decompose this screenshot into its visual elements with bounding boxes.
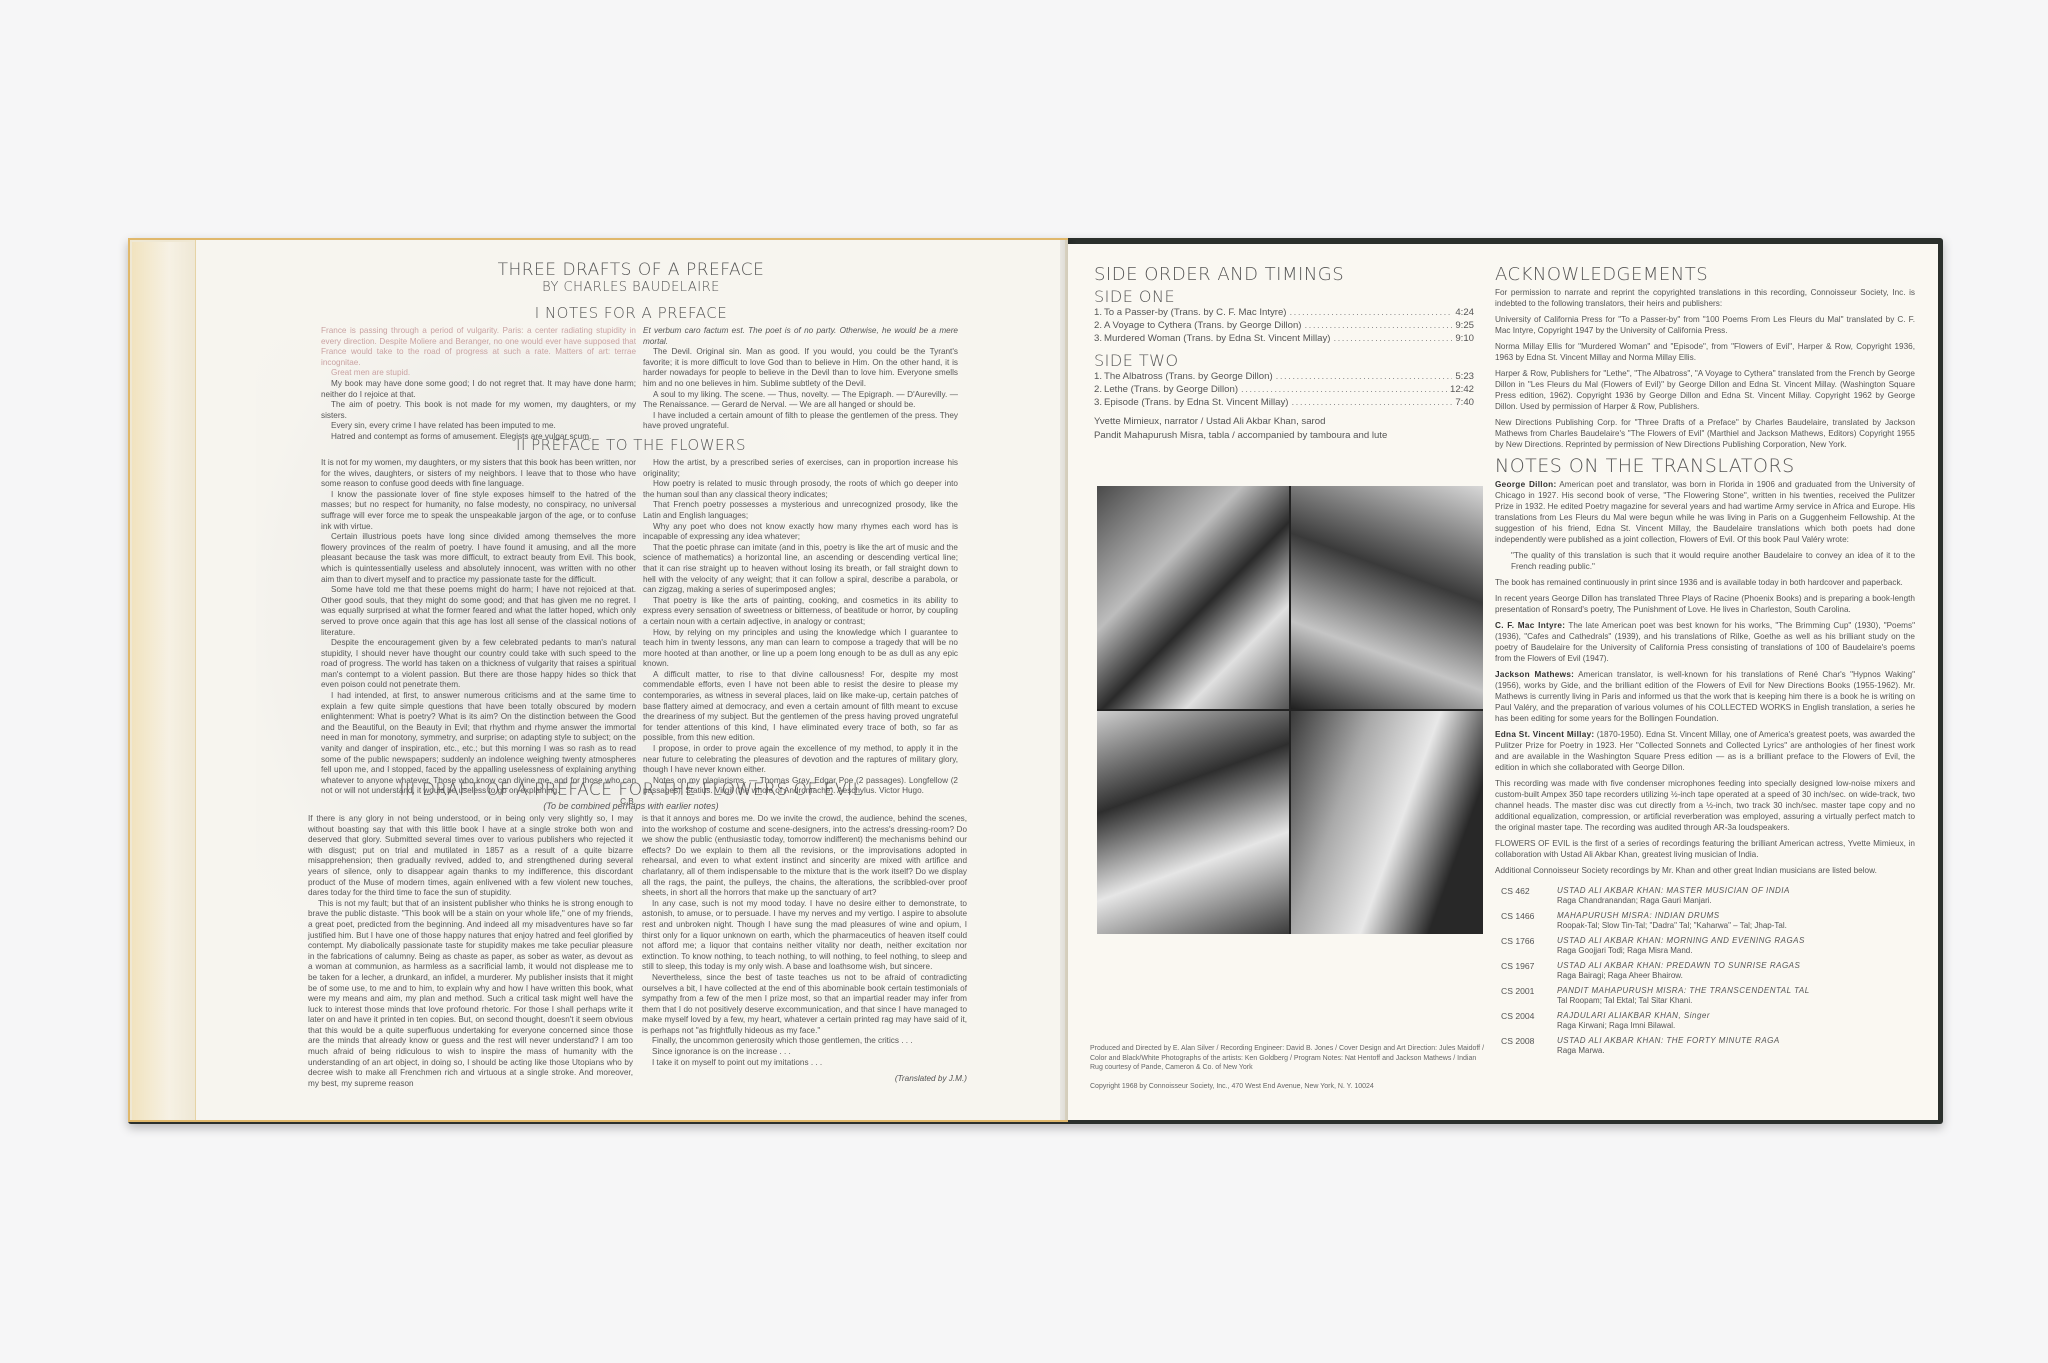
paragraph: This recording was made with five conden… [1495, 778, 1915, 833]
photo-panel [1291, 486, 1483, 709]
paragraph: Since ignorance is on the increase . . . [642, 1047, 967, 1058]
paragraph: I know the passionate lover of fine styl… [321, 490, 636, 532]
track-row: 2.Lethe (Trans. by George Dillon)12:42 [1094, 383, 1474, 396]
side-one-label: Side One [1094, 287, 1474, 306]
left-page: Three Drafts of a Preface By Charles Bau… [195, 240, 1065, 1120]
acknowledgements-heading: Acknowledgements [1495, 264, 1915, 285]
paragraph: FLOWERS OF EVIL is the first of a series… [1495, 838, 1915, 860]
paragraph: Certain illustrious poets have long sinc… [321, 532, 636, 585]
recording-item: CS 2001PANDIT MAHAPURUSH MISRA: THE TRAN… [1501, 986, 1915, 1006]
paragraph: I take it on myself to point out my imit… [642, 1058, 967, 1069]
recording-item: CS 1967USTAD ALI AKBAR KHAN: PREDAWN TO … [1501, 961, 1915, 981]
side-two-label: Side Two [1094, 351, 1474, 370]
paragraph: The Devil. Original sin. Man as good. If… [643, 347, 958, 389]
production-credits: Produced and Directed by E. Alan Silver … [1090, 1044, 1490, 1073]
side-order-heading: Side Order and Timings [1094, 264, 1474, 285]
paragraph: is that it annoys and bores me. Do we in… [642, 814, 967, 899]
paragraph: Great men are stupid. [321, 368, 636, 379]
paragraph: I propose, in order to prove again the e… [643, 744, 958, 776]
performers-photo-collage [1097, 486, 1483, 934]
paragraph: Nevertheless, since the best of taste te… [642, 973, 967, 1037]
section-1-col-1: France is passing through a period of vu… [321, 326, 636, 443]
paragraph: My book may have done some good; I do no… [321, 379, 636, 400]
translator-entry: George Dillon: American poet and transla… [1495, 479, 1915, 545]
page-title: Three Drafts of a Preface [196, 260, 1065, 280]
paragraph: How the artist, by a prescribed series o… [643, 458, 958, 479]
paragraph: A soul to my liking. The scene. — Thus, … [643, 390, 958, 411]
paragraph: A difficult matter, to rise to that divi… [643, 670, 958, 744]
photo-panel [1097, 486, 1289, 709]
section-1-heading: I Notes for a Preface [196, 304, 1065, 322]
paragraph: France is passing through a period of vu… [321, 326, 636, 368]
track-row: 1.To a Passer-by (Trans. by C. F. Mac In… [1094, 306, 1474, 319]
performer-line: Yvette Mimieux, narrator / Ustad Ali Akb… [1094, 415, 1474, 429]
quote: "The quality of this translation is such… [1495, 550, 1915, 572]
photo-panel [1097, 711, 1289, 934]
section-3-subheading: (To be combined perhaps with earlier not… [196, 801, 1065, 811]
paragraph: Harper & Row, Publishers for "Lethe", "T… [1495, 368, 1915, 412]
paragraph: The aim of poetry. This book is not made… [321, 400, 636, 421]
paragraph: Why any poet who does not know exactly h… [643, 522, 958, 543]
recording-item: CS 2004RAJDULARI ALIAKBAR KHAN, SingerRa… [1501, 1011, 1915, 1031]
paragraph: Et verbum caro factum est. The poet is o… [643, 326, 958, 347]
acknowledgements: Acknowledgements For permission to narra… [1495, 264, 1915, 1061]
byline: By Charles Baudelaire [196, 280, 1065, 295]
performers: Yvette Mimieux, narrator / Ustad Ali Akb… [1094, 415, 1474, 443]
paragraph: The book has remained continuously in pr… [1495, 577, 1915, 588]
performer-line: Pandit Mahapurush Misra, tabla / accompa… [1094, 429, 1474, 443]
track-row: 1.The Albatross (Trans. by George Dillon… [1094, 370, 1474, 383]
paragraph: For permission to narrate and reprint th… [1495, 287, 1915, 309]
recordings-list: CS 462USTAD ALI AKBAR KHAN: MASTER MUSIC… [1495, 886, 1915, 1056]
section-2-col-2: How the artist, by a prescribed series o… [643, 458, 958, 797]
translator-entry: Edna St. Vincent Millay: (1870-1950). Ed… [1495, 729, 1915, 773]
paragraph: That the poetic phrase can imitate (and … [643, 543, 958, 596]
recording-item: CS 2008USTAD ALI AKBAR KHAN: THE FORTY M… [1501, 1036, 1915, 1056]
paragraph: This is not my fault; but that of an ins… [308, 899, 633, 1090]
paragraph: University of California Press for "To a… [1495, 314, 1915, 336]
paragraph: I have included a certain amount of filt… [643, 411, 958, 432]
paragraph: In any case, such is not my mood today. … [642, 899, 967, 973]
side-order-block: Side Order and Timings Side One 1.To a P… [1094, 264, 1474, 443]
section-2-col-1: It is not for my women, my daughters, or… [321, 458, 636, 808]
recording-item: CS 462USTAD ALI AKBAR KHAN: MASTER MUSIC… [1501, 886, 1915, 906]
track-row: 2.A Voyage to Cythera (Trans. by George … [1094, 319, 1474, 332]
paragraph: If there is any glory in not being under… [308, 814, 633, 899]
paragraph: Norma Millay Ellis for "Murdered Woman" … [1495, 341, 1915, 363]
section-2-heading: II Preface to the Flowers [196, 436, 1065, 454]
paragraph: That French poetry possesses a mysteriou… [643, 500, 958, 521]
paragraph: It is not for my women, my daughters, or… [321, 458, 636, 490]
section-3-col-1: If there is any glory in not being under… [308, 814, 633, 1089]
paragraph: New Directions Publishing Corp. for "Thr… [1495, 417, 1915, 450]
section-1-col-2: Et verbum caro factum est. The poet is o… [643, 326, 958, 432]
paragraph: Some have told me that these poems might… [321, 585, 636, 638]
paragraph: Additional Connoisseur Society recording… [1495, 865, 1915, 876]
paragraph: How, by relying on my principles and usi… [643, 628, 958, 670]
translator-note: (Translated by J.M.) [642, 1074, 967, 1085]
copyright: Copyright 1968 by Connoisseur Society, I… [1090, 1082, 1490, 1092]
paragraph: That poetry is like the arts of painting… [643, 596, 958, 628]
track-row: 3.Episode (Trans. by Edna St. Vincent Mi… [1094, 396, 1474, 409]
recording-item: CS 1466MAHAPURUSH MISRA: INDIAN DRUMSRoo… [1501, 911, 1915, 931]
paragraph: How poetry is related to music through p… [643, 479, 958, 500]
translators-heading: Notes on the Translators [1495, 455, 1915, 477]
photo-panel [1291, 711, 1483, 934]
track-row: 3.Murdered Woman (Trans. by Edna St. Vin… [1094, 332, 1474, 345]
translator-entry: C. F. Mac Intyre: The late American poet… [1495, 620, 1915, 664]
section-3-col-2: is that it annoys and bores me. Do we in… [642, 814, 967, 1085]
recording-item: CS 1766USTAD ALI AKBAR KHAN: MORNING AND… [1501, 936, 1915, 956]
section-3-heading: III Draft of a Preface for the Flowers o… [196, 780, 1065, 800]
paragraph: Every sin, every crime I have related ha… [321, 421, 636, 432]
translator-entry: Jackson Mathews: American translator, is… [1495, 669, 1915, 724]
paragraph: Finally, the uncommon generosity which t… [642, 1036, 967, 1047]
left-page-margin-strip [132, 242, 194, 1120]
paragraph: In recent years George Dillon has transl… [1495, 593, 1915, 615]
paragraph: Despite the encouragement given by a few… [321, 638, 636, 691]
